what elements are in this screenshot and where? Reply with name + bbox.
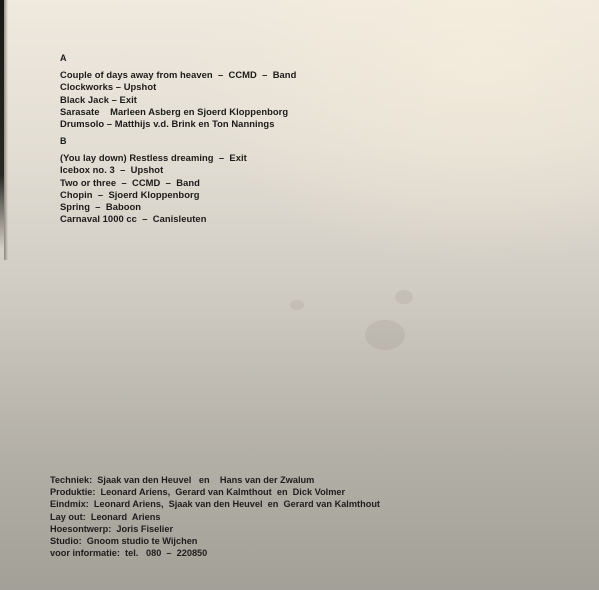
track: Couple of days away from heaven – CCMD –… — [60, 69, 296, 81]
track: Sarasate Marleen Asberg en Sjoerd Kloppe… — [60, 106, 296, 118]
track: Icebox no. 3 – Upshot — [60, 164, 247, 176]
credit-techniek: Techniek: Sjaak van den Heuvel en Hans v… — [50, 474, 380, 486]
credit-contact: voor informatie: tel. 080 – 220850 — [50, 547, 380, 559]
credit-studio: Studio: Gnoom studio te Wijchen — [50, 535, 380, 547]
side-b-label: B — [60, 135, 247, 147]
track: Spring – Baboon — [60, 201, 247, 213]
paper-stain — [395, 290, 413, 304]
scan-edge-gradient — [4, 0, 8, 260]
side-a-label: A — [60, 52, 296, 64]
side-a-tracklist: A Couple of days away from heaven – CCMD… — [60, 52, 296, 130]
paper-stain — [290, 300, 304, 310]
track: Black Jack – Exit — [60, 94, 296, 106]
side-b-tracklist: B (You lay down) Restless dreaming – Exi… — [60, 135, 247, 225]
credit-produktie: Produktie: Leonard Ariens, Gerard van Ka… — [50, 486, 380, 498]
track: Chopin – Sjoerd Kloppenborg — [60, 189, 247, 201]
track: Clockworks – Upshot — [60, 81, 296, 93]
track: (You lay down) Restless dreaming – Exit — [60, 152, 247, 164]
track: Drumsolo – Matthijs v.d. Brink en Ton Na… — [60, 118, 296, 130]
track: Two or three – CCMD – Band — [60, 177, 247, 189]
paper-stain — [365, 320, 405, 350]
album-back-cover: A Couple of days away from heaven – CCMD… — [0, 0, 599, 590]
production-credits: Techniek: Sjaak van den Heuvel en Hans v… — [50, 474, 380, 559]
credit-layout: Lay out: Leonard Ariens — [50, 511, 380, 523]
track: Carnaval 1000 cc – Canisleuten — [60, 213, 247, 225]
credit-hoesontwerp: Hoesontwerp: Joris Fiselier — [50, 523, 380, 535]
credit-eindmix: Eindmix: Leonard Ariens, Sjaak van den H… — [50, 498, 380, 510]
